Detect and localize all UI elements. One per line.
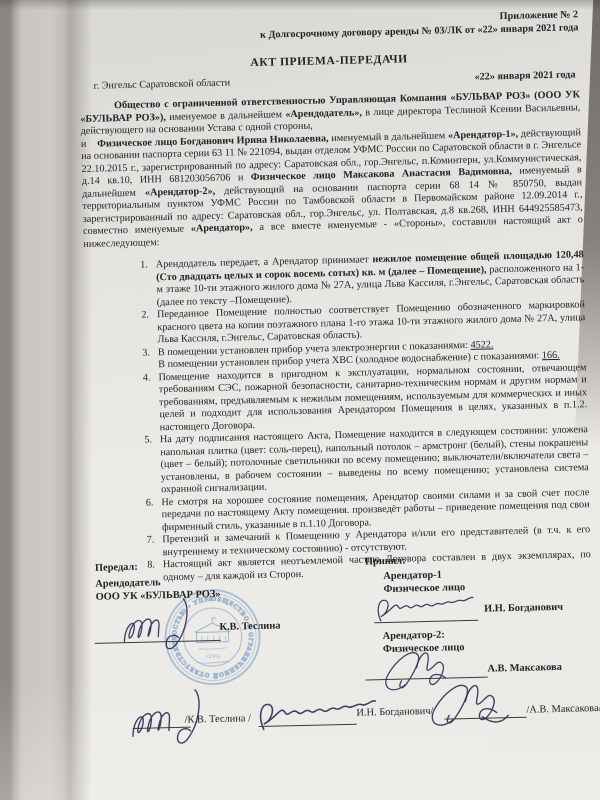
document-date: «22» января 2021 года — [474, 69, 579, 84]
tenant2-signature-bottom — [418, 671, 515, 734]
clause-4: 4. Помещение находится в пригодном к экс… — [134, 362, 587, 435]
numbered-clauses: 1. Арендодатель передает, а Арендатор пр… — [84, 249, 592, 586]
tenant2-term: «Арендатор-2», — [145, 185, 215, 198]
document-content: Приложение № 2 к Долгосрочному договору … — [78, 9, 596, 800]
clause-number: 6. — [137, 497, 154, 535]
tenant1-name-label: И.Н. Богданович — [484, 602, 563, 616]
stamp-ogrn-label: ОГРН — [206, 654, 221, 660]
signature-block: Передал: Принял: Арендодатель ООО УК «БУ… — [91, 543, 597, 800]
landlord-term: «Арендодатель», — [285, 107, 362, 120]
preamble-text: и — [81, 138, 97, 149]
accepted-by-heading: Принял: — [365, 556, 406, 569]
tenant1-role-label: Арендатор-1 — [383, 570, 442, 584]
preamble-text: именуемый в дальнейшем — [328, 130, 448, 144]
tenant1-term: «Арендатор-1», — [448, 128, 518, 141]
clause-text: Помещение находится в пригодном к эксплу… — [158, 362, 587, 435]
clause-number: 4. — [134, 372, 151, 435]
clause-number: 5. — [136, 435, 153, 498]
clause-number: 1. — [132, 260, 149, 310]
preamble-paragraph: Общество с ограниченной ответственностью… — [80, 89, 583, 251]
electric-meter-reading: 4522. — [470, 339, 493, 351]
clause-number: 2. — [133, 310, 150, 348]
photo-of-document: Приложение № 2 к Долгосрочному договору … — [0, 0, 600, 800]
landlord-name-label: К.В. Теслина — [219, 620, 280, 634]
clause-number: 3. — [134, 347, 151, 372]
tenant2-name-label-bottom: /А.В. Максакова/ — [526, 703, 600, 717]
preamble-text: именуемое в дальнейшем — [166, 109, 286, 123]
stamp-number-squiggle — [197, 661, 229, 663]
photo-shadow-top — [0, 0, 600, 10]
cold-water-meter-reading: 166. — [542, 350, 560, 361]
clause-text: На дату подписания настоящего Акта, Поме… — [160, 424, 589, 497]
document-place: г. Энгельс Саратовской области — [79, 77, 230, 93]
landlord-name-label-bottom: /К.В. Теслина / — [184, 713, 251, 727]
landlord-role-label: Арендодатель — [95, 577, 161, 591]
tenant-joint-term: «Арендатор», — [191, 222, 253, 234]
clause-5: 5. На дату подписания настоящего Акта, П… — [136, 424, 589, 497]
place-date-row: г. Энгельс Саратовской области «22» янва… — [79, 69, 579, 93]
transferred-by-heading: Передал: — [95, 562, 138, 576]
